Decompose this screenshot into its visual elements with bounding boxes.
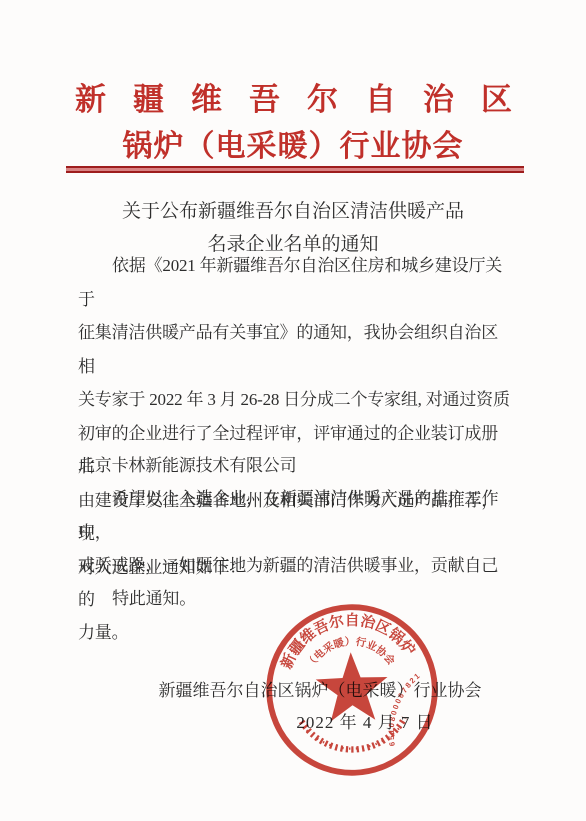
paragraph-1-line: 依据《2021 年新疆维吾尔自治区住房和城乡建设厅关于 [78, 249, 512, 316]
letterhead-double-rule [66, 166, 524, 173]
paragraph-2-line: 希望以上入选企业，在新疆清洁供暖产品的推广工作中， [78, 482, 512, 549]
notice-document-page: 新疆维吾尔自治区 锅炉（电采暖）行业协会 关于公布新疆维吾尔自治区清洁供暖产品 … [0, 0, 586, 821]
seal-uyghur-script-diacritics-arc [307, 727, 401, 750]
seal-star [315, 651, 389, 722]
company-name: 北京卡林新能源技术有限公司 [78, 449, 512, 483]
letterhead-line2: 锅炉（电采暖）行业协会 [0, 121, 586, 165]
letterhead-line1: 新疆维吾尔自治区 [75, 74, 545, 119]
subject-line1: 关于公布新疆维吾尔自治区清洁供暖产品 [0, 196, 586, 223]
paragraph-1-line: 征集清洁供暖产品有关事宜》的通知，我协会组织自治区相 [78, 316, 512, 383]
paragraph-1-line: 关专家于 2022 年 3 月 26-28 日分成二个专家组, 对通过资质 [78, 383, 512, 417]
official-seal-stamp: 新疆维吾尔自治区锅炉 （电采暖）行业协会 65108000678217 [259, 597, 445, 783]
